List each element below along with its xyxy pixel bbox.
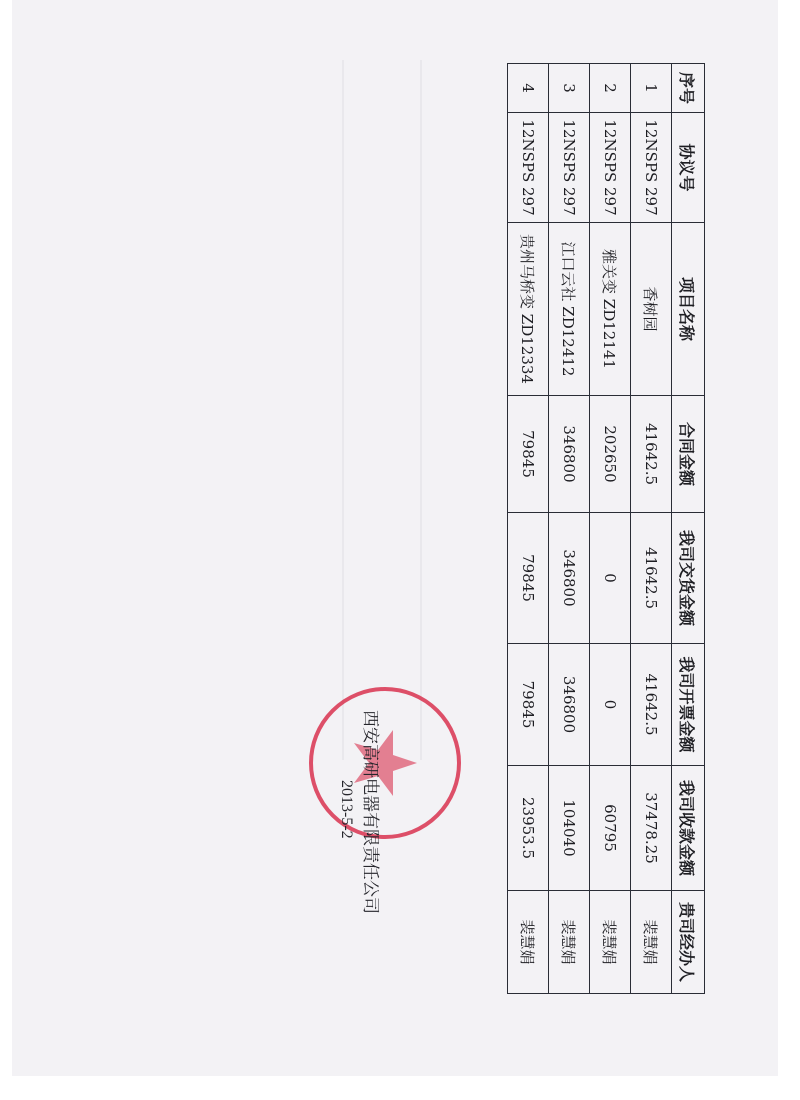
table-row: 412NSPS 297贵州马桥变 ZD123347984579845798452… [508,64,549,994]
table-cell: 346800 [549,644,590,766]
company-name-signature: 西安高研电器有限责任公司 [360,710,385,914]
red-seal-icon [305,683,465,843]
table-row: 312NSPS 297江口云社 ZD1241234680034680034680… [549,64,590,994]
column-header: 合同金额 [672,396,705,513]
bleed-through-line [420,60,422,760]
company-seal [300,665,480,845]
table-cell: 江口云社 ZD12412 [549,223,590,396]
payment-reconciliation-table: 序号协议号项目名称合同金额我司交货金额我司开票金额我司收款金额贵司经办人 112… [507,63,705,994]
table-cell: 41642.5 [631,396,672,513]
table-cell: 41642.5 [631,644,672,766]
table-cell: 79845 [508,396,549,513]
table-cell: 79845 [508,513,549,644]
column-header: 我司收款金额 [672,766,705,891]
column-header: 项目名称 [672,223,705,396]
table-cell: 12NSPS 297 [631,113,672,223]
table-cell: 雅关变 ZD12141 [590,223,631,396]
table-cell: 裴慧娟 [590,891,631,994]
table-cell: 2 [590,64,631,113]
rotated-table-container: 序号协议号项目名称合同金额我司交货金额我司开票金额我司收款金额贵司经办人 112… [510,63,705,993]
table-cell: 12NSPS 297 [590,113,631,223]
table-cell: 346800 [549,513,590,644]
column-header: 我司开票金额 [672,644,705,766]
table-cell: 裴慧娟 [631,891,672,994]
table-cell: 0 [590,513,631,644]
column-header: 贵司经办人 [672,891,705,994]
column-header: 协议号 [672,113,705,223]
table-cell: 裴慧娟 [508,891,549,994]
table-cell: 贵州马桥变 ZD12334 [508,223,549,396]
table-cell: 香树园 [631,223,672,396]
column-header: 序号 [672,64,705,113]
bleed-through-line [342,60,344,760]
table-cell: 202650 [590,396,631,513]
table-cell: 1 [631,64,672,113]
table-cell: 37478.25 [631,766,672,891]
table-cell: 0 [590,644,631,766]
table-row: 112NSPS 297香树园41642.541642.541642.537478… [631,64,672,994]
table-cell: 346800 [549,396,590,513]
table-cell: 3 [549,64,590,113]
table-cell: 79845 [508,644,549,766]
table-cell: 60795 [590,766,631,891]
table-cell: 104040 [549,766,590,891]
table-row: 212NSPS 297雅关变 ZD121412026500060795裴慧娟 [590,64,631,994]
table-cell: 12NSPS 297 [508,113,549,223]
signature-date: 2013-5-2 [337,780,355,839]
table-cell: 41642.5 [631,513,672,644]
table-cell: 4 [508,64,549,113]
column-header: 我司交货金额 [672,513,705,644]
table-cell: 12NSPS 297 [549,113,590,223]
table-cell: 23953.5 [508,766,549,891]
table-header-row: 序号协议号项目名称合同金额我司交货金额我司开票金额我司收款金额贵司经办人 [672,64,705,994]
table-cell: 裴慧娟 [549,891,590,994]
